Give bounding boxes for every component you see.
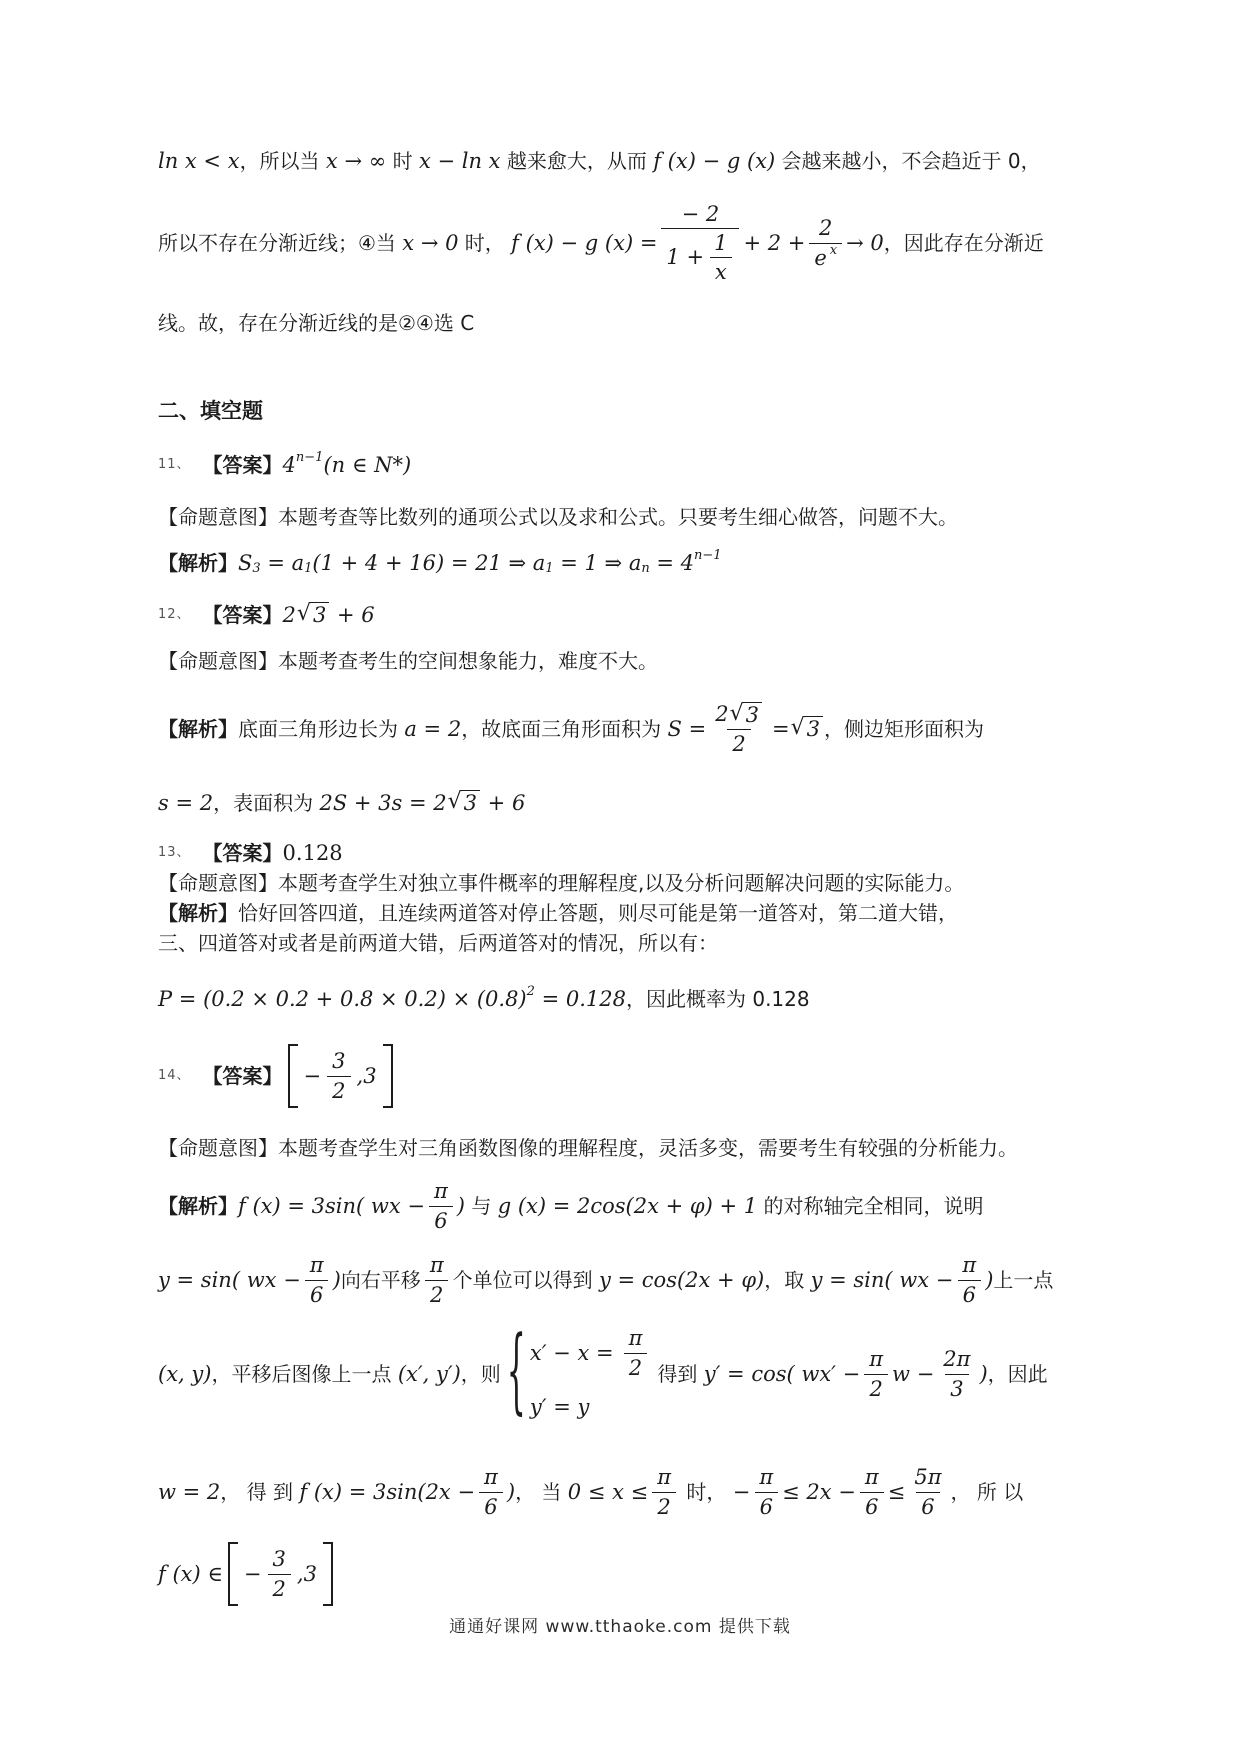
fraction-denominator: 2 [425, 1280, 448, 1307]
text-fragment: 【命题意图】本题考查学生对独立事件概率的理解程度,以及分析问题解决问题的实际能力… [158, 871, 964, 895]
fraction: π2 [624, 1326, 648, 1379]
math-fragment: y = sin( wx − [811, 1265, 954, 1295]
math-fragment: y = cos(2x + φ) [599, 1265, 764, 1295]
text-fragment: 底面三角形边长为 [238, 714, 404, 744]
text-fragment: 会越来越小，不会趋近于 0， [775, 146, 1040, 176]
fraction-numerator: 3 [327, 1049, 350, 1075]
text-fragment: 所以不存在分渐近线；④当 [158, 228, 402, 258]
math-fragment: ) [507, 1477, 515, 1507]
paragraph-asymptote-line3: 线。故，存在分渐近线的是②④选 C [158, 308, 1110, 338]
text-fragment: 恰好回答四道，且连续两道答对停止答题，则尽可能是第一道答对，第二道大错， [238, 901, 958, 925]
text-fragment: 越来愈大，从而 [501, 146, 654, 176]
right-bracket-icon [383, 1044, 393, 1107]
text-fragment: ，因此 [988, 1359, 1048, 1389]
math-fragment: P = (0.2 × 0.2 + 0.8 × 0.2) × (0.8) [158, 984, 527, 1014]
text-fragment: ，则 [461, 1359, 501, 1389]
radicand: 3 [461, 790, 480, 815]
fraction-denominator: 6 [429, 1206, 452, 1233]
q12-analysis-line: 【解析】 底面三角形边长为 a = 2，故底面三角形面积为 S = 2√3 2 … [158, 688, 1110, 770]
math-fragment: (x′, y′) [398, 1359, 461, 1389]
radicand: 3 [310, 602, 329, 627]
footer-text: 通通好课网 www.tthaoke.com 提供下载 [449, 1617, 791, 1637]
math-fragment: ≤ [888, 1477, 906, 1507]
text-fragment: ， 得 到 [220, 1477, 299, 1507]
math-fragment: S = [668, 714, 707, 744]
math-fragment: ) [985, 1265, 993, 1295]
math-fragment: 2S + 3s = 2 [319, 788, 446, 818]
answer-label: 【答案】 [203, 1061, 283, 1091]
math-fragment: = a [261, 548, 304, 578]
fraction: π6 [754, 1465, 778, 1518]
fraction-denominator: 6 [860, 1492, 883, 1519]
left-bracket-icon [288, 1044, 298, 1107]
math-fragment: S [238, 548, 252, 578]
fraction-denominator: 2 [652, 1492, 675, 1519]
fraction: 2π3 [938, 1347, 975, 1400]
right-bracket-icon [323, 1542, 333, 1605]
section-heading-fill-in-blanks: 二、填空题 [158, 396, 1110, 426]
document-page: ln x < x，所以当 x → ∞ 时 x − ln x 越来愈大，从而 f … [0, 0, 1240, 1754]
fraction-numerator: π [652, 1465, 676, 1491]
fraction: π6 [429, 1179, 453, 1232]
fraction-numerator: π [864, 1347, 888, 1373]
text-fragment: ，因此存在分渐近 [884, 228, 1044, 258]
fraction: 2 ex [809, 216, 842, 269]
fraction: π2 [864, 1347, 888, 1400]
fraction-denominator: 2 [864, 1374, 887, 1401]
fraction: π2 [652, 1465, 676, 1518]
fraction-denominator: 6 [755, 1492, 778, 1519]
text-fragment: ， 当 [515, 1477, 568, 1507]
text-fragment: 向右平移 [341, 1265, 421, 1295]
math-fragment: y = sin( wx − [158, 1265, 301, 1295]
q12-intent-line: 【命题意图】本题考查考生的空间想象能力，难度不大。 [158, 646, 1110, 676]
radical-sign-icon: √ [297, 602, 311, 625]
q12-answer-line: 12、 【答案】 2 √3 + 6 [158, 600, 1110, 630]
math-fragment: ,3 [357, 1061, 377, 1091]
fraction: π6 [305, 1253, 329, 1306]
q14-solution-line3: (x, y)，平移后图像上一点 (x′, y′)，则 { x′ − x =π2 … [158, 1324, 1110, 1424]
math-fragment: − [304, 1061, 322, 1091]
math-fragment: 1 + [666, 245, 704, 269]
case-row: x′ − x =π2 [530, 1326, 651, 1379]
radicand: 3 [743, 702, 762, 727]
cases-system: { x′ − x =π2 y′ = y [507, 1326, 652, 1421]
fraction-numerator: π [957, 1253, 981, 1279]
math-fragment: − [733, 1477, 751, 1507]
text-fragment: 【命题意图】本题考查考生的空间想象能力，难度不大。 [158, 649, 658, 673]
text-fragment: 的对称轴完全相同，说明 [757, 1191, 983, 1221]
math-fragment: f (x) = 3sin( wx − [238, 1191, 425, 1221]
text-fragment: ，因此概率为 0.128 [626, 984, 810, 1014]
interval-brackets: − 32 ,3 [228, 1542, 333, 1605]
math-fragment: a = 2 [404, 714, 461, 744]
math-fragment: ln x < x [158, 146, 240, 176]
fraction-denominator: 6 [479, 1492, 502, 1519]
math-fragment: = 1 ⇒ a [554, 548, 642, 578]
question-number: 14、 [158, 1061, 191, 1091]
text-fragment: ，侧边矩形面积为 [824, 714, 984, 744]
math-fragment: ≤ 2x − [782, 1477, 856, 1507]
fraction-numerator: − 2 [677, 202, 725, 228]
text-fragment: ，表面积为 [213, 788, 319, 818]
math-fragment: x → ∞ [326, 146, 386, 176]
analysis-label: 【解析】 [158, 1191, 238, 1221]
radical-sign-icon: √ [730, 702, 744, 725]
text-fragment: 时， [680, 1477, 733, 1507]
fraction-numerator: 3 [268, 1547, 291, 1573]
fraction-numerator: 2√3 [710, 702, 768, 729]
fraction-numerator: π [624, 1326, 648, 1352]
text-fragment: 个单位可以得到 [453, 1265, 599, 1295]
math-fragment: + 6 [481, 788, 525, 818]
math-fragment: f (x) = 3sin(2x − [299, 1477, 475, 1507]
fraction-numerator: π [425, 1253, 449, 1279]
fraction: π2 [425, 1253, 449, 1306]
analysis-label: 【解析】 [158, 901, 238, 925]
math-fragment: x → 0 [402, 228, 458, 258]
q14-solution-line1: 【解析】 f (x) = 3sin( wx − π6 ) 与 g (x) = 2… [158, 1174, 1110, 1238]
text-fragment: 时 [386, 146, 419, 176]
text-fragment: 上一点 [993, 1265, 1053, 1295]
q11-analysis-line: 【解析】 S3 = a1(1 + 4 + 16) = 21 ⇒ a1 = 1 ⇒… [158, 548, 1110, 578]
math-fragment: y′ = y [530, 1392, 589, 1422]
q11-intent-line: 【命题意图】本题考查等比数列的通项公式以及求和公式。只要考生细心做答，问题不大。 [158, 502, 1110, 532]
fraction: π6 [957, 1253, 981, 1306]
math-fragment: 2 [283, 600, 296, 630]
sqrt-radical: √3 [791, 716, 823, 741]
math-fragment: s = 2 [158, 788, 213, 818]
analysis-label: 【解析】 [158, 548, 238, 578]
text-fragment: 【命题意图】本题考查学生对三角函数图像的理解程度，灵活多变，需要考生有较强的分析… [158, 1136, 1018, 1160]
case-row: y′ = y [530, 1392, 651, 1422]
fraction: 32 [268, 1547, 291, 1600]
interval-brackets: − 32 ,3 [288, 1044, 393, 1107]
paragraph-asymptote-line1: ln x < x，所以当 x → ∞ 时 x − ln x 越来愈大，从而 f … [158, 146, 1110, 176]
text-fragment: ，故底面三角形面积为 [461, 714, 667, 744]
math-fragment: f (x) ∈ [158, 1559, 223, 1589]
text-fragment: ， 所 以 [951, 1477, 1024, 1507]
answer-label: 【答案】 [203, 450, 283, 480]
math-fragment: (n ∈ N*) [323, 450, 411, 480]
fraction-denominator: 6 [958, 1280, 981, 1307]
sqrt-radical: √3 [448, 790, 480, 815]
math-fragment: + 6 [330, 600, 374, 630]
math-fragment: w = 2 [158, 1477, 220, 1507]
q14-solution-line4: w = 2， 得 到 f (x) = 3sin(2x − π6 )， 当 0 ≤… [158, 1458, 1110, 1526]
text-fragment: ，所以当 [240, 146, 326, 176]
interval-body: − 32 ,3 [298, 1044, 383, 1107]
q13-answer-line: 13、 【答案】 0.128 [158, 838, 1110, 868]
math-fragment: x′ − x = [530, 1338, 614, 1368]
q13-analysis-line1: 【解析】恰好回答四道，且连续两道答对停止答题，则尽可能是第一道答对，第二道大错， [158, 898, 1110, 928]
fraction: 1 x [709, 231, 732, 284]
q14-answer-line: 14、 【答案】 − 32 ,3 [158, 1038, 1110, 1114]
math-fragment: + 2 + [743, 228, 805, 258]
fraction-numerator: 1 [709, 231, 732, 257]
fraction: π6 [479, 1465, 503, 1518]
fraction-denominator: 2 [727, 729, 750, 756]
math-fragment: − [244, 1559, 262, 1589]
fraction: π6 [860, 1465, 884, 1518]
paragraph-asymptote-line2: 所以不存在分渐近线；④当 x → 0 时， f (x) − g (x) = − … [158, 184, 1110, 302]
fraction-numerator: π [479, 1465, 503, 1491]
math-fragment: = 0.128 [535, 984, 626, 1014]
math-fragment: = 4 [650, 548, 694, 578]
fraction: 2√3 2 [710, 702, 768, 756]
text-fragment: 【命题意图】本题考查等比数列的通项公式以及求和公式。只要考生细心做答，问题不大。 [158, 505, 958, 529]
fraction-numerator: π [754, 1465, 778, 1491]
question-number: 11、 [158, 450, 191, 480]
text-fragment: 得到 [657, 1359, 703, 1389]
math-fragment: ,3 [297, 1559, 317, 1589]
math-fragment: → 0 [846, 228, 884, 258]
answer-label: 【答案】 [203, 600, 283, 630]
answer-label: 【答案】 [203, 838, 283, 868]
math-fragment: ) [979, 1359, 987, 1389]
math-fragment: g (x) = 2cos(2x + φ) + 1 [498, 1191, 757, 1221]
text-fragment: 与 [465, 1191, 498, 1221]
q14-solution-line2: y = sin( wx − π6 )向右平移 π2 个单位可以得到 y = co… [158, 1248, 1110, 1312]
fraction-denominator: ex [809, 243, 842, 270]
fraction-denominator: 2 [624, 1353, 647, 1380]
q14-intent-paragraph: 【命题意图】本题考查学生对三角函数图像的理解程度，灵活多变，需要考生有较强的分析… [158, 1132, 1110, 1164]
answer-value: 0.128 [283, 838, 343, 868]
math-fragment: f (x) − g (x) = [511, 228, 657, 258]
radicand: 3 [804, 716, 823, 741]
text-fragment: ，取 [764, 1265, 810, 1295]
fraction-denominator: 3 [945, 1374, 968, 1401]
sqrt-radical: √3 [297, 602, 329, 627]
sqrt-radical: √3 [730, 702, 762, 727]
text-fragment: 时， [458, 228, 511, 258]
fraction-denominator: 6 [916, 1492, 939, 1519]
analysis-label: 【解析】 [158, 714, 238, 744]
q13-intent-line: 【命题意图】本题考查学生对独立事件概率的理解程度,以及分析问题解决问题的实际能力… [158, 868, 1110, 898]
fraction-denominator: 1 + 1 x [661, 228, 739, 284]
math-fragment: (1 + 4 + 16) = 21 ⇒ a [312, 548, 545, 578]
q12-analysis-line2: s = 2，表面积为 2S + 3s = 2√3 + 6 [158, 788, 1110, 818]
fraction-denominator: 6 [305, 1280, 328, 1307]
page-footer: 通通好课网 www.tthaoke.com 提供下载 [0, 1612, 1240, 1637]
math-fragment: 4 [283, 450, 296, 480]
math-fragment: w − [892, 1359, 934, 1389]
fraction-numerator: π [305, 1253, 329, 1279]
math-fragment: 0 ≤ x ≤ [568, 1477, 648, 1507]
fraction-numerator: 2π [938, 1347, 975, 1373]
q11-answer-line: 11、 【答案】 4n−1(n ∈ N*) [158, 450, 1110, 480]
math-fragment: 2 [715, 702, 728, 726]
fraction-denominator: 2 [327, 1076, 350, 1103]
fraction: 5π6 [909, 1465, 946, 1518]
q14-solution-line5: f (x) ∈ − 32 ,3 [158, 1536, 1110, 1612]
question-number: 13、 [158, 838, 191, 868]
math-fragment: f (x) − g (x) [653, 146, 775, 176]
document-content: ln x < x，所以当 x → ∞ 时 x − ln x 越来愈大，从而 f … [0, 0, 1240, 1612]
math-fragment: ) [457, 1191, 465, 1221]
left-brace-icon: { [507, 1328, 526, 1421]
fraction-numerator: 2 [814, 216, 837, 242]
math-fragment: e [814, 246, 826, 270]
q13-analysis-line2: 三、四道答对或者是前两道大错，后两道答对的情况，所以有： [158, 928, 1110, 958]
text-fragment: ，平移后图像上一点 [211, 1359, 397, 1389]
question-number: 12、 [158, 600, 191, 630]
cases-rows: x′ − x =π2 y′ = y [530, 1326, 651, 1421]
interval-body: − 32 ,3 [238, 1542, 323, 1605]
left-bracket-icon [228, 1542, 238, 1605]
math-fragment: x − ln x [419, 146, 501, 176]
q13-formula-line: P = (0.2 × 0.2 + 0.8 × 0.2) × (0.8)2 = 0… [158, 984, 1110, 1014]
radical-sign-icon: √ [791, 716, 805, 739]
math-fragment: ) [333, 1265, 341, 1295]
math-fragment: = [772, 714, 790, 744]
fraction-numerator: π [860, 1465, 884, 1491]
fraction-denominator: x [710, 257, 732, 284]
fraction: 32 [327, 1049, 350, 1102]
math-fragment: (x, y) [158, 1359, 211, 1389]
fraction-denominator: 2 [268, 1574, 291, 1601]
fraction-numerator: π [429, 1179, 453, 1205]
text-fragment: 三、四道答对或者是前两道大错，后两道答对的情况，所以有： [158, 931, 718, 955]
radical-sign-icon: √ [448, 790, 462, 813]
fraction: − 2 1 + 1 x [661, 202, 739, 284]
fraction-numerator: 5π [909, 1465, 946, 1491]
math-fragment: y′ = cos( wx′ − [704, 1359, 861, 1389]
